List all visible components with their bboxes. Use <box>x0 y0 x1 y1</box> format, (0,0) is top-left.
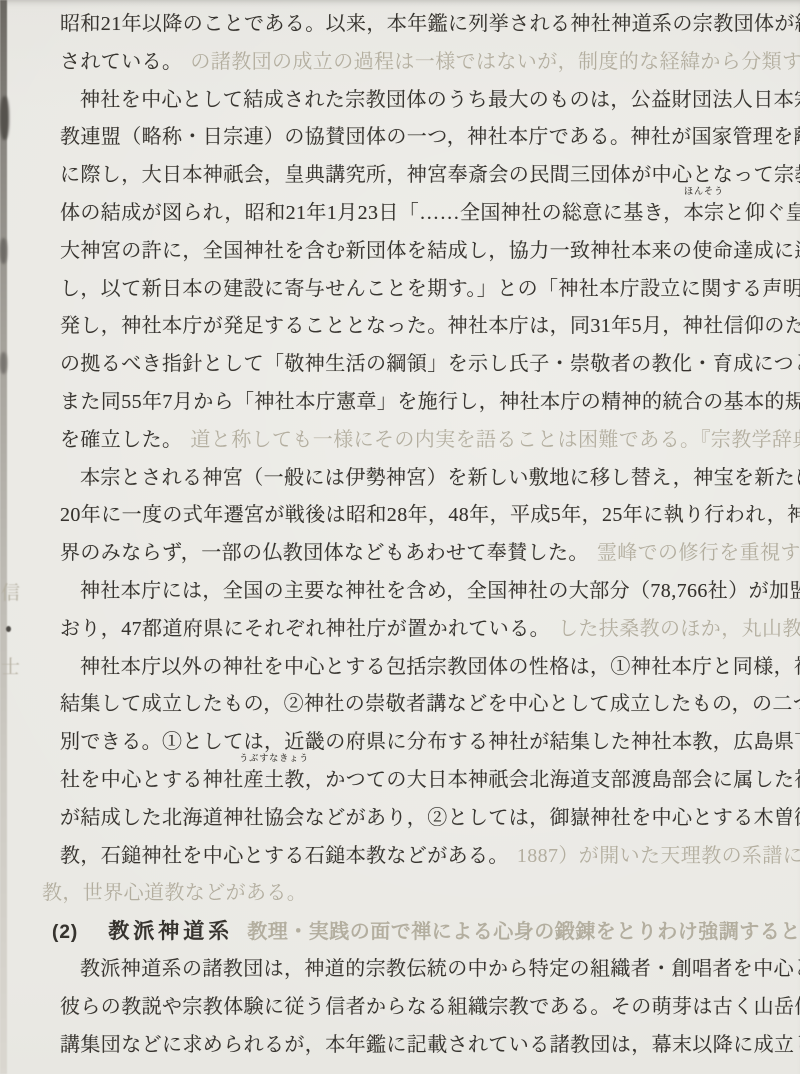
ruby-annotated-word: 本宗ほんそう <box>684 196 725 225</box>
text-segment: と仰ぐ皇 <box>724 202 800 224</box>
text-line: おり，47都道府県にそれぞれ神社庁が置かれている。した扶桑教のほか，丸山教，富 <box>60 611 794 649</box>
showthrough-margin-text: 士 <box>1 652 20 679</box>
text-line: 発し，神社本庁が発足することとなった。神社本庁は，同31年5月，神社信仰のため <box>60 308 794 346</box>
text-segment: 界のみならず，一部の仏教団体などもあわせて奉賛した。 <box>60 542 589 564</box>
text-segment: 教派神道系の諸教団は，神道的宗教伝統の中から特定の組織者・創唱者を中心とし， <box>80 958 800 980</box>
text-line: 教，石鎚神社を中心とする石鎚本教などがある。1887）が開いた天理教の系譜に，大… <box>60 838 794 876</box>
text-line: 教連盟（略称・日宗連）の協賛団体の一つ，神社本庁である。神社が国家管理を離れる <box>60 119 794 157</box>
text-line: 20年に一度の式年遷宮が戦後は昭和28年，48年，平成5年，25年に執り行われ，… <box>60 497 794 535</box>
ruby-text: うぶすなきょう <box>239 754 309 763</box>
ruby-base: 本宗 <box>684 202 725 224</box>
text-segment: されている。 <box>60 51 182 73</box>
text-segment: 神社を中心として結成された宗教団体のうち最大のものは，公益財団法人日本宗 <box>80 89 800 111</box>
text-line: また同55年7月から「神社本庁憲章」を施行し，神社本庁の精神的統合の基本的規範 <box>60 384 794 422</box>
text-segment: に際し，大日本神祇会，皇典講究所，神宮奉斎会の民間三団体が中心となって宗教団 <box>60 164 800 186</box>
text-line: 神社本庁以外の神社を中心とする包括宗教団体の性格は，①神社本庁と同様，神社が <box>60 649 794 687</box>
text-line: 神社本庁には，全国の主要な神社を含め，全国神社の大部分（78,766社）が加盟し… <box>60 573 794 611</box>
text-segment: 彼らの教説や宗教体験に従う信者からなる組織宗教である。その萌芽は古く山岳信仰の <box>60 996 800 1018</box>
text-line: 彼らの教説や宗教体験に従う信者からなる組織宗教である。その萌芽は古く山岳信仰の <box>60 989 794 1027</box>
text-segment: 結集して成立したもの，②神社の崇敬者講などを中心として成立したもの，の二つに大 <box>60 693 800 715</box>
text-segment: 体の結成が図られ，昭和21年1月23日「……全国神社の総意に基き， <box>60 202 684 224</box>
showthrough-text: 教理・実践の面で禅による心身の鍛錬をとりわけ強調するところに <box>247 921 800 943</box>
text-line: 昭和21年以降のことである。以来，本年鑑に列挙される神社神道系の宗教団体が結成 <box>60 6 794 44</box>
text-segment: おり，47都道府県にそれぞれ神社庁が置かれている。 <box>60 618 550 640</box>
text-segment: 大神宮の許に，全国神社を含む新団体を結成し，協力一致神社本来の使命達成に邁進 <box>60 240 800 262</box>
text-line: 別できる。①としては，近畿の府県に分布する神社が結集した神社本教，広島県下の神 <box>60 724 794 762</box>
text-line: 体の結成が図られ，昭和21年1月23日「……全国神社の総意に基き，本宗ほんそうと… <box>60 195 794 233</box>
text-segment: 神社本庁以外の神社を中心とする包括宗教団体の性格は，①神社本庁と同様，神社が <box>80 656 800 678</box>
scan-artifact <box>0 352 7 374</box>
text-segment: 20年に一度の式年遷宮が戦後は昭和28年，48年，平成5年，25年に執り行われ，… <box>60 504 800 526</box>
text-line: 神社を中心として結成された宗教団体のうち最大のものは，公益財団法人日本宗 <box>60 82 794 120</box>
showthrough-text: 1887）が開いた天理教の系譜に，大道 <box>517 845 800 867</box>
showthrough-text: 道と称しても一様にその内実を語ることは困難である。『宗教学辞典』で <box>190 429 800 451</box>
scan-edge-shadow <box>0 0 7 1074</box>
text-line: し，以て新日本の建設に寄与せんことを期す。」との「神社本庁設立に関する声明」を <box>60 271 794 309</box>
page-content: 昭和21年以降のことである。以来，本年鑑に列挙される神社神道系の宗教団体が結成さ… <box>60 6 794 1064</box>
text-line: 本宗とされる神宮（一般には伊勢神宮）を新しい敷地に移し替え，神宝を新たにする <box>60 460 794 498</box>
text-segment: の拠るべき指針として「敬神生活の綱領」を示し氏子・崇敬者の教化・育成につとめ， <box>60 353 800 375</box>
text-line: 社を中心とする神社産土教うぶすなきょう，かつての大日本神祇会北海道支部渡島部会に… <box>60 762 794 800</box>
showthrough-text: 霊峰での修行を重視する山岳 <box>597 542 800 564</box>
showthrough-line: 教，世界心道教などがある。 <box>42 875 794 913</box>
text-segment: し，以て新日本の建設に寄与せんことを期す。」との「神社本庁設立に関する声明」を <box>60 278 800 300</box>
text-segment: 本宗とされる神宮（一般には伊勢神宮）を新しい敷地に移し替え，神宝を新たにする <box>80 467 800 489</box>
scan-artifact <box>0 238 7 264</box>
text-line: が結成した北海道神社協会などがあり，②としては，御嶽神社を中心とする木曽御嶽本 <box>60 800 794 838</box>
text-segment: ，かつての大日本神祇会北海道支部渡島部会に属した神社 <box>305 769 800 791</box>
text-line: 教派神道系の諸教団は，神道的宗教伝統の中から特定の組織者・創唱者を中心とし， <box>60 951 794 989</box>
text-segment: 昭和21年以降のことである。以来，本年鑑に列挙される神社神道系の宗教団体が結成 <box>60 13 800 35</box>
scan-artifact <box>0 96 9 140</box>
ruby-base: 産土教 <box>244 769 305 791</box>
showthrough-text: の諸教団の成立の過程は一様ではないが，制度的な経緯から分類すれば， <box>190 51 800 73</box>
text-segment: を確立した。 <box>60 429 182 451</box>
text-line: 大神宮の許に，全国神社を含む新団体を結成し，協力一致神社本来の使命達成に邁進 <box>60 233 794 271</box>
text-segment: 教，石鎚神社を中心とする石鎚本教などがある。 <box>60 845 509 867</box>
text-line: を確立した。道と称しても一様にその内実を語ることは困難である。『宗教学辞典』で <box>60 422 794 460</box>
section-title: 教派神道系 <box>108 920 233 943</box>
showthrough-text: した扶桑教のほか，丸山教，富 <box>558 618 800 640</box>
text-segment: 別できる。①としては，近畿の府県に分布する神社が結集した神社本教，広島県下の神 <box>60 731 800 753</box>
showthrough-text: 教，世界心道教などがある。 <box>42 882 307 904</box>
text-line: 界のみならず，一部の仏教団体などもあわせて奉賛した。霊峰での修行を重視する山岳 <box>60 535 794 573</box>
text-segment: 教連盟（略称・日宗連）の協賛団体の一つ，神社本庁である。神社が国家管理を離れる <box>60 126 800 148</box>
ruby-text: ほんそう <box>684 187 724 196</box>
section-number: (2) <box>52 922 78 943</box>
text-segment: 神社本庁には，全国の主要な神社を含め，全国神社の大部分（78,766社）が加盟し… <box>80 580 800 602</box>
text-line: の拠るべき指針として「敬神生活の綱領」を示し氏子・崇敬者の教化・育成につとめ， <box>60 346 794 384</box>
ruby-annotated-word: 産土教うぶすなきょう <box>244 763 305 792</box>
text-segment: が結成した北海道神社協会などがあり，②としては，御嶽神社を中心とする木曽御嶽本 <box>60 807 800 829</box>
text-segment: また同55年7月から「神社本庁憲章」を施行し，神社本庁の精神的統合の基本的規範 <box>60 391 800 413</box>
text-line: されている。の諸教団の成立の過程は一様ではないが，制度的な経緯から分類すれば， <box>60 44 794 82</box>
scan-artifact <box>6 626 11 632</box>
text-segment: 社を中心とする神社 <box>60 769 244 791</box>
text-line: 結集して成立したもの，②神社の崇敬者講などを中心として成立したもの，の二つに大 <box>60 686 794 724</box>
scanned-page: 昭和21年以降のことである。以来，本年鑑に列挙される神社神道系の宗教団体が結成さ… <box>0 0 800 1074</box>
text-segment: 発し，神社本庁が発足することとなった。神社本庁は，同31年5月，神社信仰のため <box>60 315 800 337</box>
text-segment: 講集団などに求められるが，本年鑑に記載されている諸教団は，幕末以降に成立したも <box>60 1034 800 1056</box>
showthrough-margin-text: 信 <box>1 578 20 605</box>
text-line: 講集団などに求められるが，本年鑑に記載されている諸教団は，幕末以降に成立したも <box>60 1027 794 1065</box>
section-heading: (2)教派神道系教理・実践の面で禅による心身の鍛錬をとりわけ強調するところに <box>52 913 794 951</box>
